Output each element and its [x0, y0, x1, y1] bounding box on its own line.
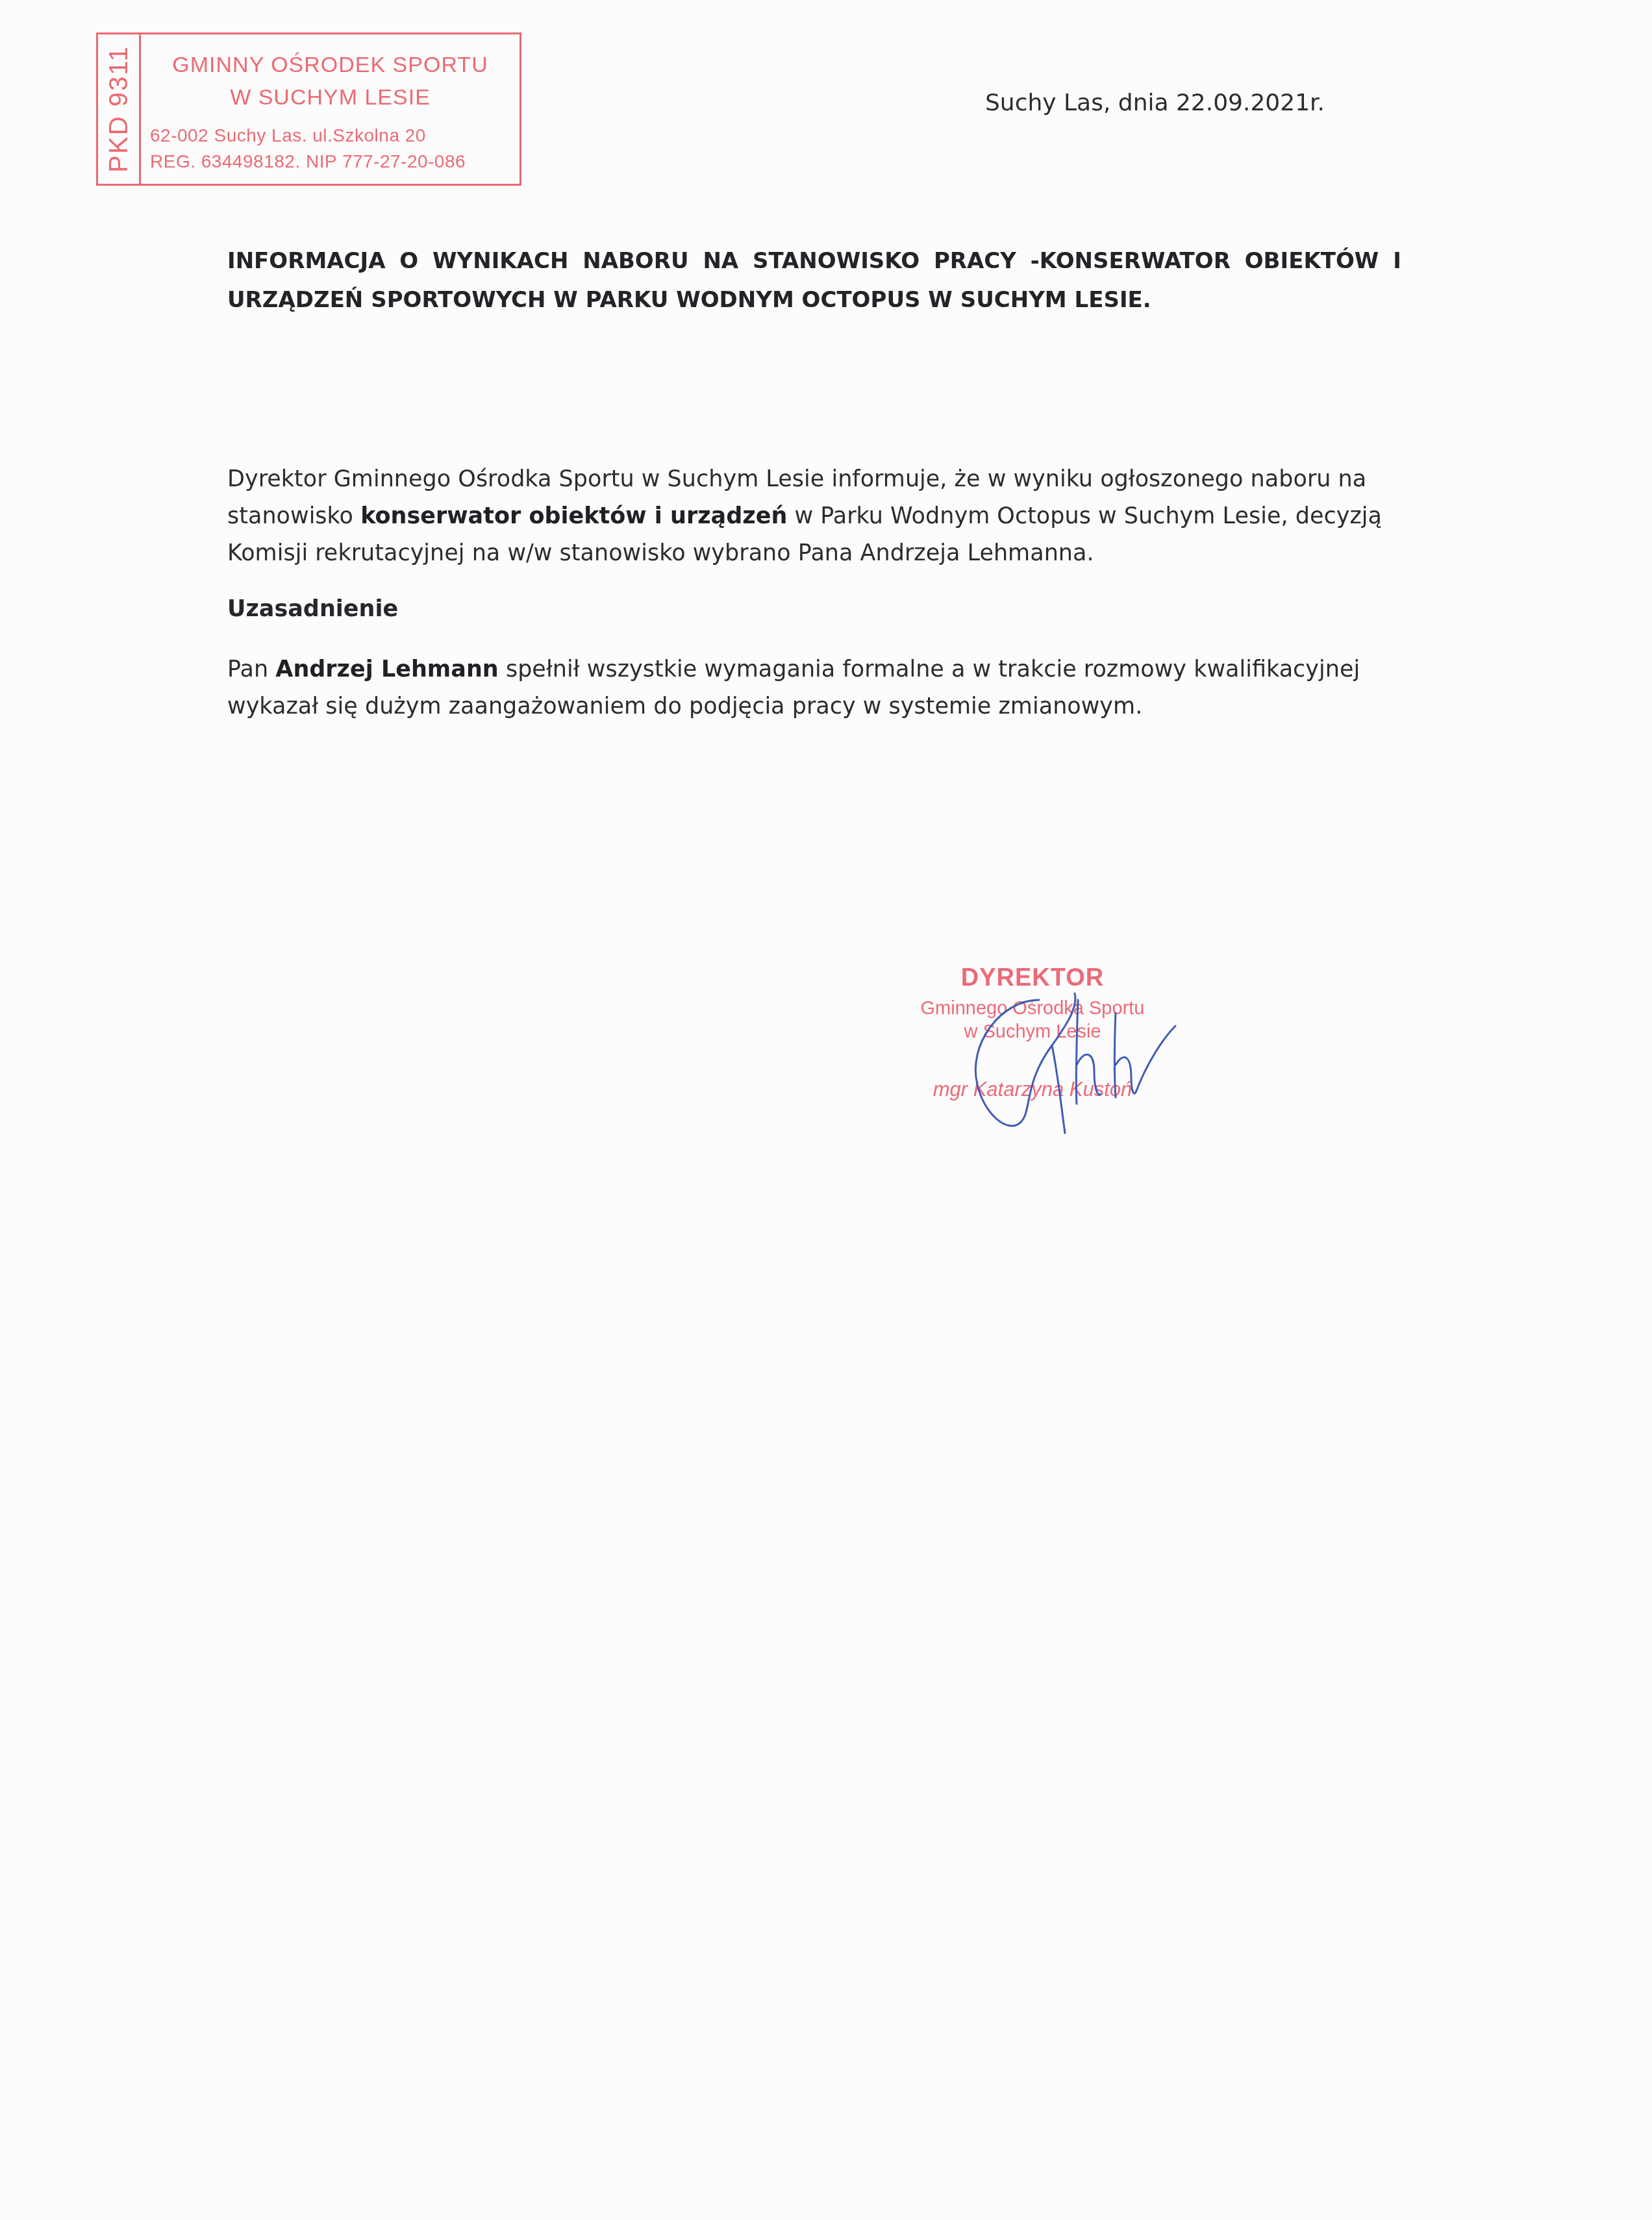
- paragraph1-line3: Komisji rekrutacyjnej na w/w stanowisko …: [227, 535, 1451, 572]
- heading-line1: INFORMACJA O WYNIKACH NABORU NA STANOWIS…: [227, 242, 1461, 281]
- justification-paragraph: Pan Andrzej Lehmann spełnił wszystkie wy…: [227, 651, 1451, 725]
- document-page: PKD 9311 GMINNY OŚRODEK SPORTU W SUCHYM …: [0, 0, 1652, 2220]
- paragraph1-line2-end: w Parku Wodnym Octopus w Suchym Lesie, d…: [787, 503, 1382, 529]
- stamp-main-panel: GMINNY OŚRODEK SPORTU W SUCHYM LESIE 62-…: [141, 34, 519, 184]
- company-stamp: PKD 9311 GMINNY OŚRODEK SPORTU W SUCHYM …: [96, 32, 521, 186]
- director-stamp: DYREKTOR Gminnego Ośrodka Sportu w Suchy…: [890, 964, 1175, 1127]
- director-org-line2: w Suchym Lesie: [890, 1021, 1175, 1043]
- document-date: Suchy Las, dnia 22.09.2021r.: [985, 90, 1325, 116]
- stamp-pkd-code: PKD 9311: [104, 45, 133, 172]
- stamp-address: 62-002 Suchy Las. ul.Szkolna 20: [150, 125, 426, 146]
- paragraph2-line1: Pan Andrzej Lehmann spełnił wszystkie wy…: [227, 651, 1451, 688]
- heading-line2: URZĄDZEŃ SPORTOWYCH W PARKU WODNYM OCTOP…: [227, 281, 1461, 319]
- position-name: konserwator obiektów i urządzeń: [360, 503, 787, 529]
- stamp-side-panel: PKD 9311: [98, 34, 141, 184]
- director-org-line1: Gminnego Ośrodka Sportu: [890, 998, 1175, 1019]
- paragraph2-line1-end: spełnił wszystkie wymagania formalne a w…: [499, 656, 1360, 682]
- stamp-registry: REG. 634498182. NIP 777-27-20-086: [150, 151, 466, 172]
- justification-heading: Uzasadnienie: [227, 596, 398, 622]
- paragraph1-line1: Dyrektor Gminnego Ośrodka Sportu w Suchy…: [227, 461, 1451, 498]
- paragraph1-line2-start: stanowisko: [227, 503, 360, 529]
- candidate-name: Andrzej Lehmann: [275, 656, 499, 682]
- announcement-paragraph: Dyrektor Gminnego Ośrodka Sportu w Suchy…: [227, 461, 1451, 572]
- director-title: DYREKTOR: [890, 964, 1175, 992]
- paragraph2-line1-start: Pan: [227, 656, 275, 682]
- paragraph2-line2: wykazał się dużym zaangażowaniem do podj…: [227, 688, 1451, 725]
- director-name: mgr Katarzyna Kustoń: [890, 1078, 1175, 1101]
- stamp-title-line1: GMINNY OŚRODEK SPORTU: [141, 53, 519, 78]
- paragraph1-line2: stanowisko konserwator obiektów i urządz…: [227, 498, 1451, 535]
- stamp-title-line2: W SUCHYM LESIE: [141, 85, 519, 110]
- document-heading: INFORMACJA O WYNIKACH NABORU NA STANOWIS…: [227, 242, 1461, 319]
